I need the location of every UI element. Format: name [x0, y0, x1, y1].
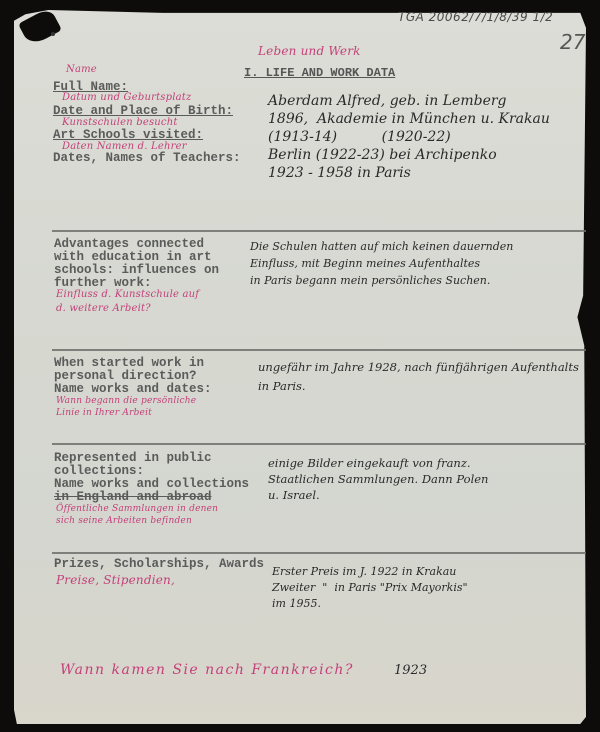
field-annotation-personal-direction: Wann begann die persönliche Linie in Ihr…: [56, 395, 196, 419]
punch-hole: [51, 32, 55, 36]
page-number: 27: [560, 30, 585, 54]
field-annotation-full-name: Name: [66, 64, 97, 75]
answer-life-data: Aberdam Alfred, geb. in Lemberg 1896, Ak…: [268, 92, 550, 182]
section-divider: [52, 552, 586, 554]
answer-prizes: Erster Preis im J. 1922 in Krakau Zweite…: [272, 564, 468, 612]
footer-answer: 1923: [394, 662, 427, 679]
section-divider: [52, 349, 586, 351]
section-title-annotation: Leben und Werk: [258, 44, 361, 58]
field-annotation-advantages: Einfluss d. Kunstschule auf d. weitere A…: [56, 288, 199, 316]
archive-reference: TGA 20062/7/1/8/39 1/2: [398, 10, 553, 24]
answer-personal-direction: ungefähr im Jahre 1928, nach fünfjährige…: [258, 358, 579, 396]
field-label-teachers: Dates, Names of Teachers:: [53, 152, 241, 165]
field-label-personal-direction: When started work in personal direction?…: [54, 357, 212, 396]
field-annotation-birth: Datum und Geburtsplatz: [62, 92, 192, 103]
field-label-prizes: Prizes, Scholarships, Awards: [54, 558, 264, 571]
field-label-advantages: Advantages connected with education in a…: [54, 238, 219, 290]
field-annotation-prizes: Preise, Stipendien,: [56, 573, 175, 587]
field-annotation-collections: Öffentliche Sammlungen in denen sich sei…: [56, 503, 218, 527]
footer-question: Wann kamen Sie nach Frankreich?: [60, 662, 354, 678]
field-annotation-art-schools: Kunstschulen besucht: [62, 117, 178, 128]
section-title: I. LIFE AND WORK DATA: [244, 66, 395, 80]
section-divider: [52, 443, 586, 445]
answer-advantages: Die Schulen hatten auf mich keinen dauer…: [250, 238, 513, 289]
answer-collections: einige Bilder eingekauft von franz. Staa…: [268, 455, 488, 503]
section-divider: [52, 230, 586, 232]
